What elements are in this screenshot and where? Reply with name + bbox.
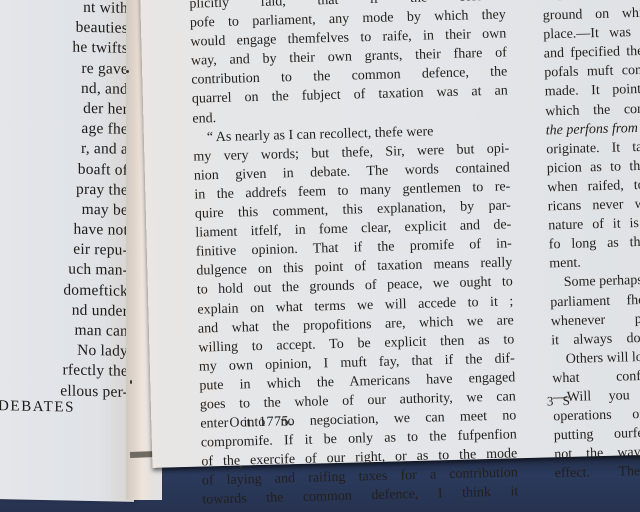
left-line: der her (0, 97, 128, 120)
left-line: uch man- (0, 258, 128, 281)
footer-date: Oct. 1775. (229, 414, 293, 432)
text-line: putting ourfelves o (554, 423, 640, 446)
text-line: not the way to tre (554, 442, 640, 465)
text-line: whenever parliamen (551, 308, 640, 331)
text-line: ment. (549, 251, 640, 274)
main-text-column: plicitly faid, that if the colonies pofe… (189, 0, 518, 510)
text-line: picion as to the appro (547, 156, 640, 179)
text-line: originate. It takes av (546, 137, 640, 160)
left-line: r, and a (0, 137, 128, 160)
text-line: nature of it is feen, t (548, 213, 640, 236)
book-photo: nt with beauties he twifts re gave nd, a… (0, 0, 640, 512)
left-line: domeftick (0, 278, 128, 301)
paper-speck (240, 466, 242, 468)
signature-mark: 3 S (547, 393, 573, 410)
left-line: nd under (0, 299, 128, 322)
running-head: DEBATES (0, 398, 75, 417)
text-line: ground on which no (543, 3, 640, 26)
side-text-column: This relation ground on which no place.—… (542, 0, 640, 484)
left-line: pray the (0, 178, 128, 201)
left-page-text: nt with beauties he twifts re gave nd, a… (0, 0, 128, 403)
text-line: when raifed, to purpo (547, 175, 640, 198)
paragraph-start: Some perhaps wil (550, 270, 640, 293)
left-line: may be (0, 198, 128, 221)
italic-line: the perfons from whom (546, 117, 640, 140)
text-line: which the contributio (545, 98, 640, 121)
paragraph-start: Others will look (552, 346, 640, 369)
left-line: No lady (0, 339, 128, 362)
left-line: man can (0, 319, 128, 342)
text-line: effect. The grou (555, 461, 640, 484)
left-line: age fhe (0, 117, 128, 140)
left-line: beauties (0, 16, 128, 39)
text-line: ricans never would g (548, 194, 640, 217)
left-line: have not (0, 218, 128, 241)
left-line: nd, and (0, 77, 128, 100)
text-line: place.—It was explicit (543, 22, 640, 45)
paper-speck (130, 380, 132, 384)
left-line: re gave (0, 56, 128, 79)
text-line: and fpecified the perfor (544, 41, 640, 64)
text-line: fo long as the Amer (549, 232, 640, 255)
left-line: eir repu- (0, 238, 128, 261)
text-line: what confequences (552, 366, 640, 389)
left-line: rfectly the (0, 359, 128, 382)
left-line: he twifts (0, 36, 128, 59)
text-line: made. It pointed out (545, 79, 640, 102)
text-line: parliament fhould bi (550, 289, 640, 312)
left-line: boaft of (0, 157, 128, 180)
text-line: pofals muft come, and (544, 60, 640, 83)
text-line: it always does bind (551, 327, 640, 350)
left-page: nt with beauties he twifts re gave nd, a… (0, 0, 134, 502)
right-page: plicitly faid, that if the colonies pofe… (140, 0, 640, 468)
paper-speck (126, 70, 129, 73)
